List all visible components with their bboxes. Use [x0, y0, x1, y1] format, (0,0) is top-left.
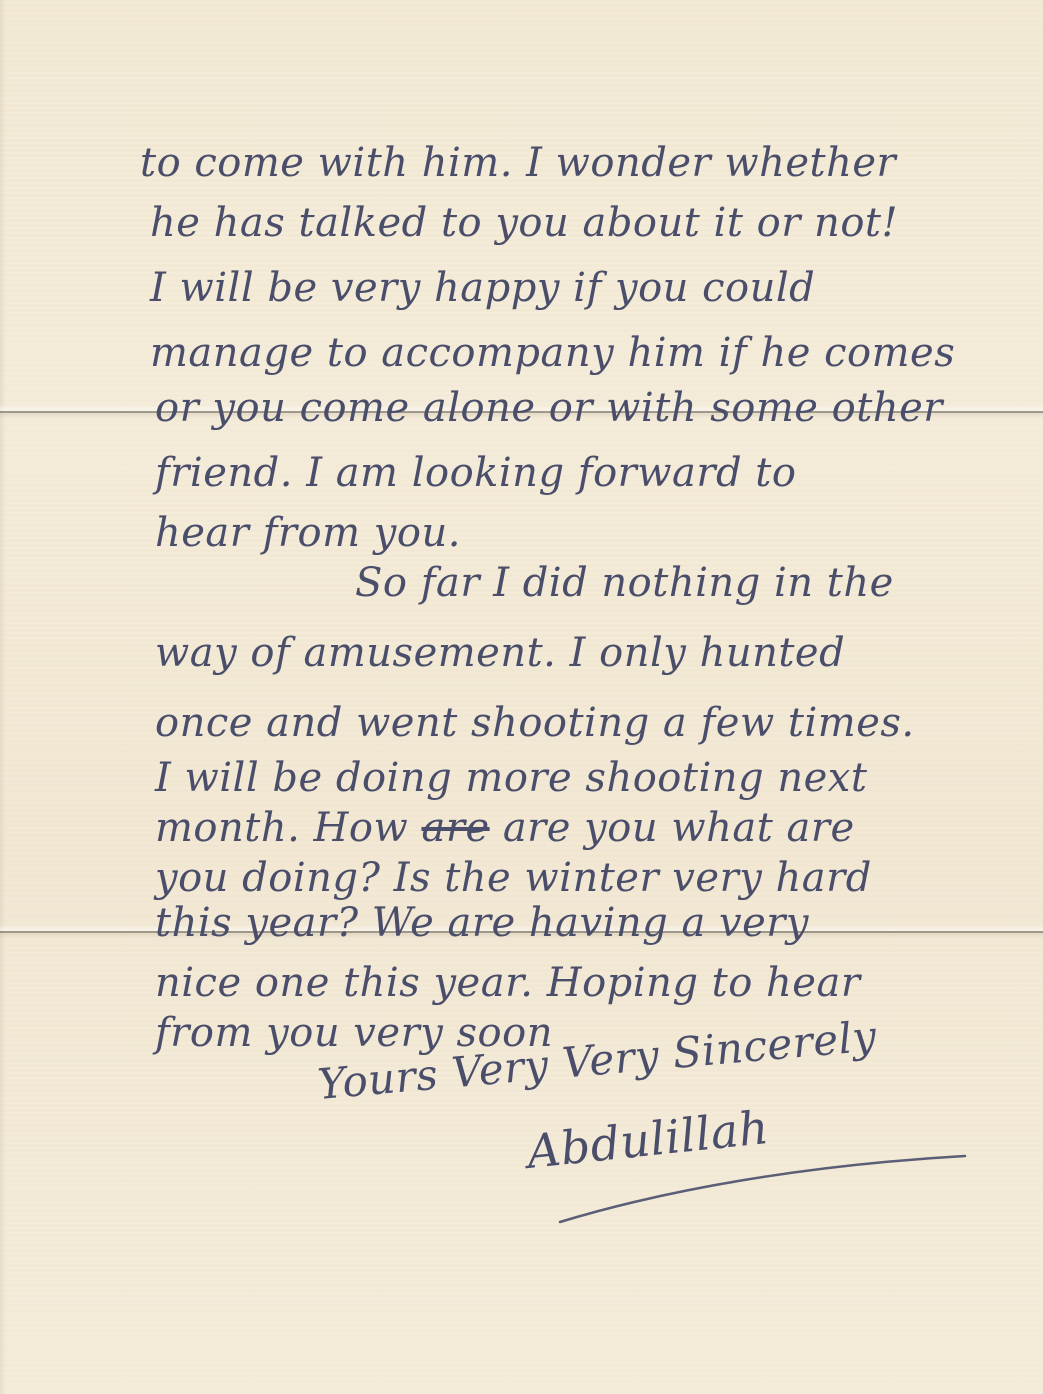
letter-line-10: once and went shooting a few times. — [155, 700, 915, 746]
letter-line-9: way of amusement. I only hunted — [155, 630, 845, 676]
letter-line-8: So far I did nothing in the — [355, 560, 894, 606]
line-12-text-a: month. How — [155, 805, 408, 851]
crossed-out-word: are — [421, 805, 489, 851]
letter-line-6: friend. I am looking forward to — [155, 450, 796, 496]
letter-line-4: manage to accompany him if he comes — [150, 330, 955, 376]
letter-page: to come with him. I wonder whether he ha… — [0, 0, 1043, 1394]
letter-line-11: I will be doing more shooting next — [155, 755, 867, 801]
signature-underline — [555, 1150, 975, 1230]
letter-line-13: you doing? Is the winter very hard — [155, 855, 872, 901]
line-12-text-b: are you what are — [503, 805, 855, 851]
letter-line-15: nice one this year. Hoping to hear — [155, 960, 860, 1006]
letter-line-3: I will be very happy if you could — [150, 265, 815, 311]
letter-line-14: this year? We are having a very — [155, 900, 809, 946]
letter-line-1: to come with him. I wonder whether — [140, 140, 896, 186]
letter-line-12: month. How are are you what are — [155, 805, 855, 851]
paper-deckle-edge — [0, 0, 6, 1394]
letter-line-2: he has talked to you about it or not! — [150, 200, 898, 246]
letter-line-5: or you come alone or with some other — [155, 385, 943, 431]
letter-line-7: hear from you. — [155, 510, 461, 556]
